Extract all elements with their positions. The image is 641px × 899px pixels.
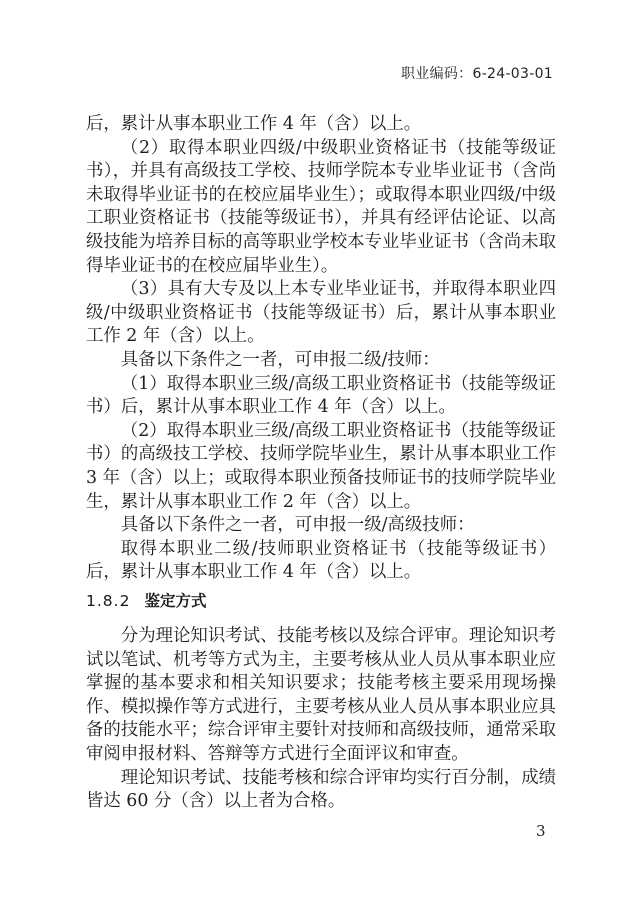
eligibility-conditions-text: 后，累计从事本职业工作 4 年（含）以上。 （2）取得本职业四级/中级职业资格证… xyxy=(86,113,556,585)
section-title: 鉴定方式 xyxy=(144,592,206,610)
paragraph: 具备以下条件之一者，可申报一级/高级技师： xyxy=(86,514,556,538)
paragraph: （2）取得本职业四级/中级职业资格证书（技能等级证书），并具有高级技工学校、技师… xyxy=(86,137,556,279)
paragraph: （3）具有大专及以上本专业毕业证书，并取得本职业四级/中级职业资格证书（技能等级… xyxy=(86,278,556,349)
paragraph: 理论知识考试、技能考核和综合评审均实行百分制，成绩皆达 60 分（含）以上者为合… xyxy=(86,767,556,814)
occupation-code-header: 职业编码：6-24-03-01 xyxy=(401,63,553,83)
document-page: 职业编码：6-24-03-01 后，累计从事本职业工作 4 年（含）以上。 （2… xyxy=(0,0,641,899)
paragraph: 后，累计从事本职业工作 4 年（含）以上。 xyxy=(86,113,556,137)
paragraph: （1）取得本职业三级/高级工职业资格证书（技能等级证书）后，累计从事本职业工作 … xyxy=(86,373,556,420)
paragraph: 具备以下条件之一者，可申报二级/技师： xyxy=(86,349,556,373)
paragraph: 分为理论知识考试、技能考核以及综合评审。理论知识考试以笔试、机考等方式为主，主要… xyxy=(86,625,556,767)
paragraph: （2）取得本职业三级/高级工职业资格证书（技能等级证书）的高级技工学校、技师学院… xyxy=(86,420,556,514)
page-number: 3 xyxy=(536,822,546,840)
assessment-method-text: 分为理论知识考试、技能考核以及综合评审。理论知识考试以笔试、机考等方式为主，主要… xyxy=(86,625,556,814)
section-number: 1.8.2 xyxy=(86,592,130,610)
paragraph: 取得本职业二级/技师职业资格证书（技能等级证书）后，累计从事本职业工作 4 年（… xyxy=(86,538,556,585)
section-heading: 1.8.2鉴定方式 xyxy=(86,589,206,611)
